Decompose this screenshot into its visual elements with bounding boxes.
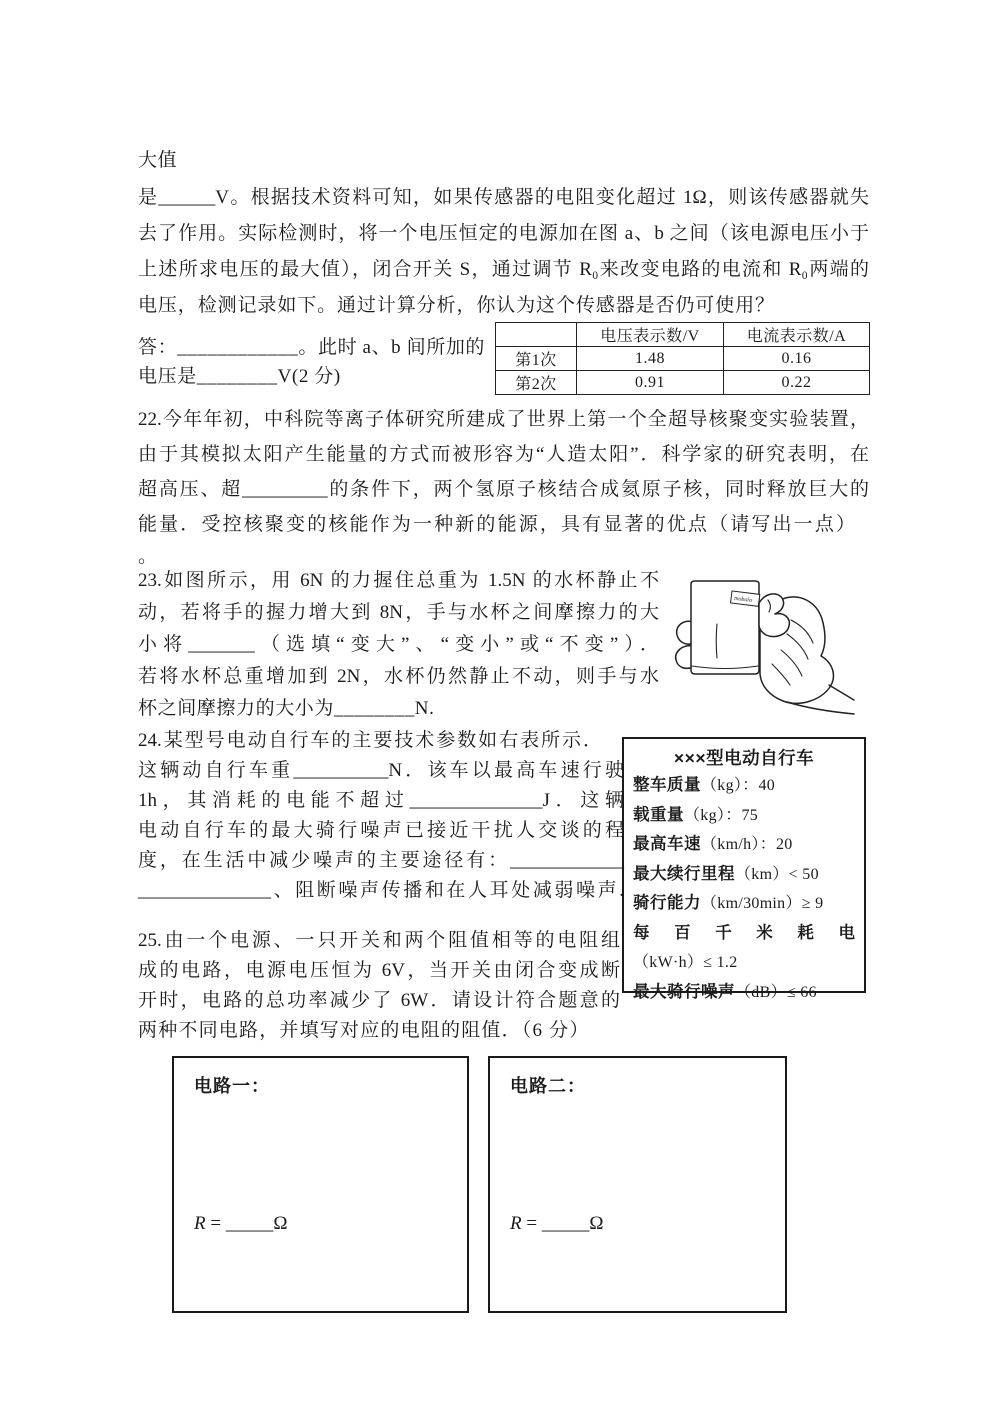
spec-label: 每百千米耗电	[633, 924, 855, 942]
q21-voltage-line: 电压是________V(2 分)	[138, 363, 341, 390]
q23-line-1: 23.如图所示，用 6N 的力握住总重为 1.5N 的水杯静止不	[138, 567, 659, 594]
row1-voltage: 1.48	[577, 347, 724, 371]
circuit-1-title: 电路一：	[194, 1072, 270, 1098]
cup-hand-drawing: mobalo	[670, 566, 855, 716]
q25-line-2: 成的电路，电源电压恒为 6V，当开关由闭合变成断	[138, 957, 620, 984]
q23-line-2: 动，若将手的握力增大到 8N，手与水杯之间摩擦力的大	[138, 599, 659, 626]
r-symbol: R	[510, 1213, 522, 1234]
q24-line-5: 度，在生活中减少噪声的主要途径有：____________	[138, 847, 624, 874]
r-blank: = _____Ω	[522, 1213, 604, 1234]
q24-line-6: ______________、阻断噪声传播和在人耳处减弱噪声.	[138, 877, 624, 904]
circuit-answer-box-2: 电路二： R = _____Ω	[488, 1056, 787, 1313]
q21-line-4: 上述所求电压的最大值），闭合开关 S，通过调节 R₀来改变电路的电流和 R₀两端…	[138, 256, 869, 283]
circuit-1-resistance-line: R = _____Ω	[194, 1213, 287, 1235]
circuit-2-resistance-line: R = _____Ω	[510, 1213, 603, 1235]
q22-period: 。	[138, 543, 158, 570]
spec-value: （km/30min）≥ 9	[701, 895, 823, 912]
spec-value: （kg）：40	[701, 777, 775, 794]
q23-line-3: 小将_______（选填“变大”、“变小”或“不变”）．	[138, 631, 659, 658]
wrist-line-top	[829, 685, 854, 700]
spec-value: （kg）：75	[684, 807, 758, 824]
q24-line-2: 这辆动自行车重__________N．该车以最高车速行驶	[138, 757, 624, 784]
row1-current: 0.16	[724, 347, 870, 371]
q21-line-5: 电压，检测记录如下。通过计算分析，你认为这个传感器是否仍可使用？	[138, 292, 774, 319]
spec-line-load: 载重量（kg）：75	[633, 801, 855, 831]
row2-label: 第2次	[496, 371, 577, 395]
q23-line-4: 若将水杯总重增加到 2N，水杯仍然静止不动，则手与水	[138, 663, 659, 690]
spec-line-speed: 最高车速（km/h）：20	[633, 830, 855, 860]
table-header-row: 电压表示数/V 电流表示数/A	[496, 323, 870, 347]
spec-line-consumption-title: 每百千米耗电	[633, 919, 855, 949]
q21-line-3: 去了作用。实际检测时，将一个电压恒定的电源加在图 a、b 之间（该电源电压小于	[138, 220, 869, 247]
spec-label: 最大续行里程	[633, 865, 735, 883]
q22-line-4: 能量．受控核聚变的核能作为一种新的能源，具有显著的优点（请写出一点）	[138, 511, 855, 538]
header-voltage-cell: 电压表示数/V	[577, 323, 724, 347]
row1-label: 第1次	[496, 347, 577, 371]
row2-current: 0.22	[724, 371, 870, 395]
spec-label: 最高车速	[633, 835, 701, 853]
spec-value: （dB）≤ 66	[735, 984, 817, 1001]
q25-line-1: 25.由一个电源、一只开关和两个阻值相等的电阻组	[138, 927, 620, 954]
table-row: 第2次 0.91 0.22	[496, 371, 870, 395]
spec-line-range: 最大续行里程（km）< 50	[633, 860, 855, 890]
q24-line-4: 电动自行车的最大骑行噪声已接近干扰人交谈的程	[138, 817, 624, 844]
q24-line-3: 1h，其消耗的电能不超过______________J．这辆	[138, 787, 624, 814]
q21-line-1: 大值	[138, 147, 177, 174]
q22-line-1: 22.今年年初，中科院等离子体研究所建成了世界上第一个全超导核聚变实验装置，	[138, 406, 869, 433]
spec-label: 最大骑行噪声	[633, 983, 735, 1001]
header-empty-cell	[496, 323, 577, 347]
r-symbol: R	[194, 1213, 206, 1234]
ebike-spec-table: ×××型电动自行车 整车质量（kg）：40 载重量（kg）：75 最高车速（km…	[622, 737, 866, 993]
spec-value: （km）< 50	[735, 866, 819, 883]
row2-voltage: 0.91	[577, 371, 724, 395]
q25-line-3: 开时，电路的总功率减少了 6W．请设计符合题意的	[138, 987, 620, 1014]
q24-line-1: 24.某型号电动自行车的主要技术参数如右表所示．	[138, 727, 602, 754]
hand-holding-cup-figure: mobalo	[670, 566, 855, 716]
circuit-2-title: 电路二：	[510, 1072, 586, 1098]
r-blank: = _____Ω	[206, 1213, 288, 1234]
q25-line-4: 两种不同电路，并填写对应的电阻的阻值．（6 分）	[138, 1017, 590, 1044]
q21-line-2: 是______V。根据技术资料可知，如果传感器的电阻变化超过 1Ω，则该传感器就…	[138, 184, 869, 211]
spec-line-mass: 整车质量（kg）：40	[633, 771, 855, 801]
meter-readings-table: 电压表示数/V 电流表示数/A 第1次 1.48 0.16 第2次 0.91 0…	[495, 322, 870, 395]
q22-line-2: 由于其模拟太阳产生能量的方式而被形容为“人造太阳”．科学家的研究表明，在	[138, 441, 869, 468]
spec-line-noise: 最大骑行噪声（dB）≤ 66	[633, 978, 855, 1008]
spec-line-consumption-value: （kW·h）≤ 1.2	[633, 948, 855, 978]
spec-label: 骑行能力	[633, 894, 701, 912]
spec-line-ability: 骑行能力（km/30min）≥ 9	[633, 889, 855, 919]
table-row: 第1次 1.48 0.16	[496, 347, 870, 371]
spec-value: （km/h）：20	[701, 836, 793, 853]
header-current-cell: 电流表示数/A	[724, 323, 870, 347]
q23-line-5: 杯之间摩擦力的大小为________N.	[138, 695, 434, 722]
circuit-answer-box-1: 电路一： R = _____Ω	[172, 1056, 469, 1313]
spec-value: （kW·h）≤ 1.2	[633, 954, 738, 971]
q22-line-3: 超高压、超_________的条件下，两个氢原子核结合成氦原子核，同时释放巨大的	[138, 476, 869, 503]
q21-answer-line: 答：____________。此时 a、b 间所加的	[138, 334, 485, 361]
spec-label: 整车质量	[633, 776, 701, 794]
spec-label: 载重量	[633, 806, 684, 824]
spec-title: ×××型电动自行车	[633, 745, 855, 771]
